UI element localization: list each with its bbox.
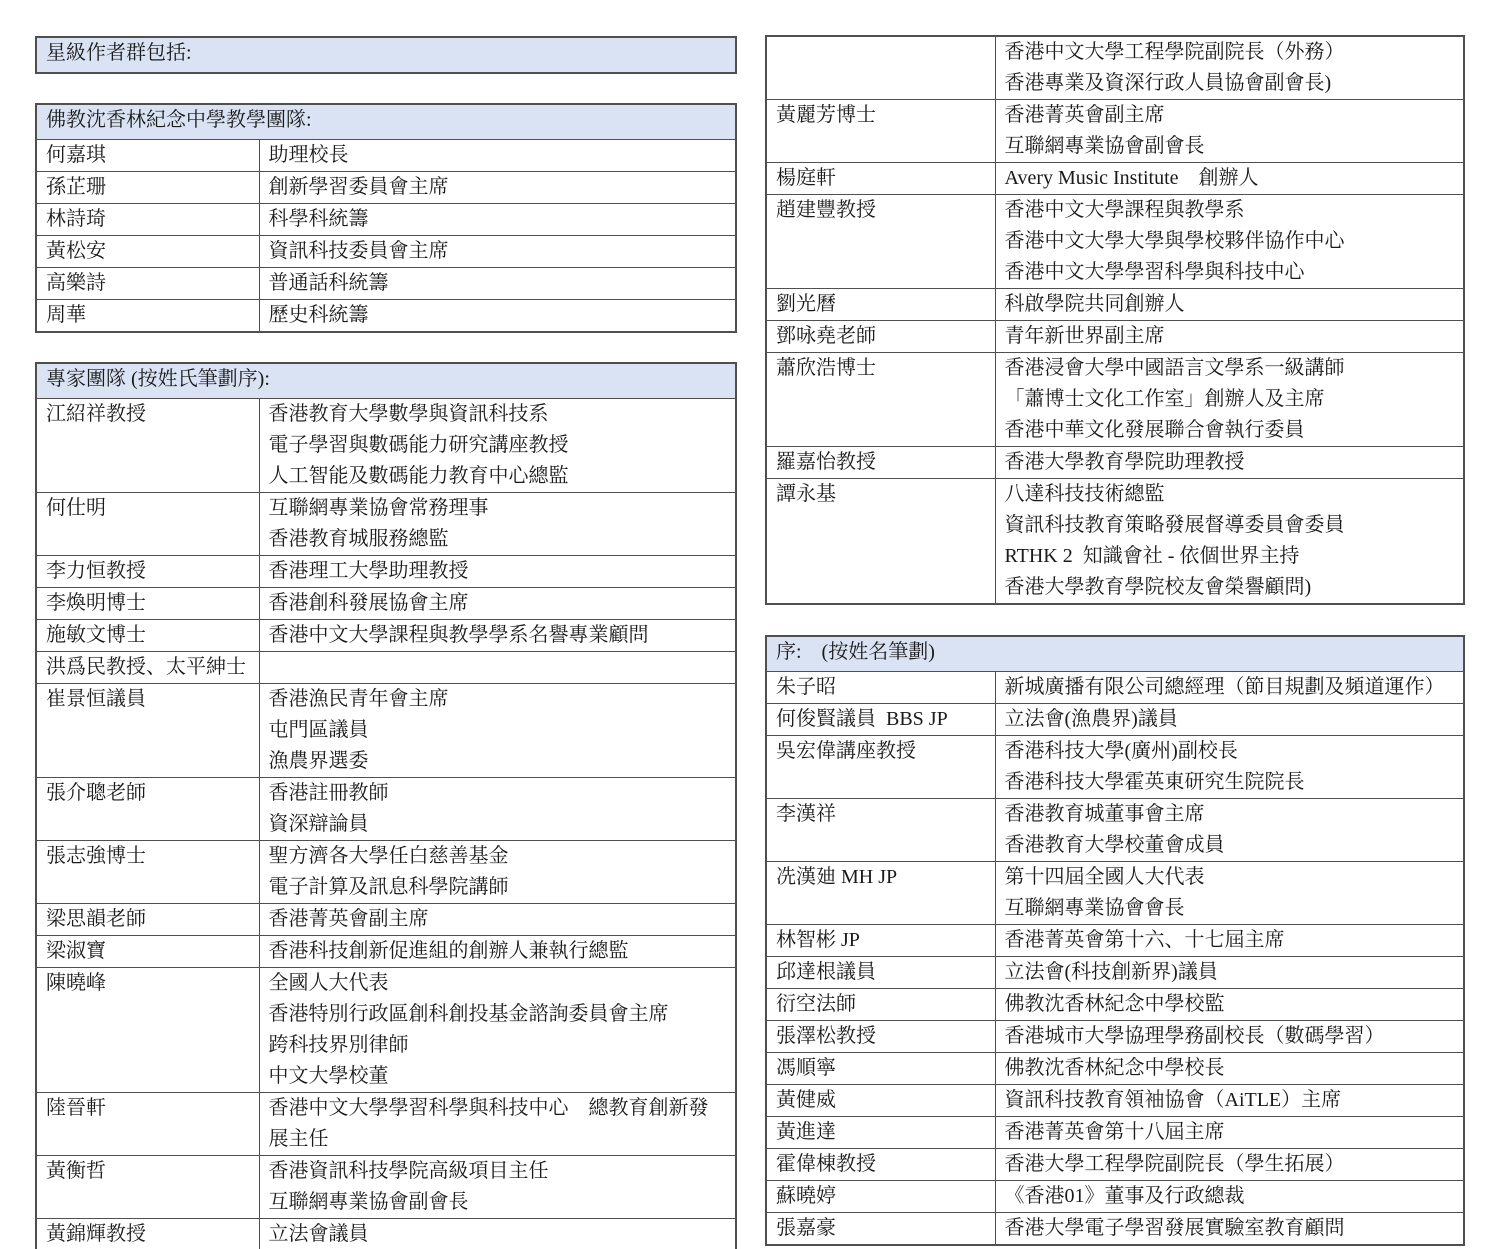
member-titles: 香港科技創新促進組的創辦人兼執行總監 [259, 936, 736, 968]
table-row: 羅嘉怡教授 香港大學教育學院助理教授 [766, 447, 1464, 479]
member-name: 黃松安 [36, 236, 259, 268]
member-titles: 歷史科統籌 [259, 300, 736, 333]
member-titles: 青年新世界副主席 [995, 321, 1464, 353]
member-name: 劉光曆 [766, 289, 995, 321]
member-titles: 八達科技技術總監 資訊科技教育策略發展督導委員會委員 RTHK 2 知識會社 -… [995, 479, 1464, 605]
member-name: 張志強博士 [36, 841, 259, 904]
table-row: 劉光曆 科啟學院共同創辦人 [766, 289, 1464, 321]
table-row: 何嘉琪 助理校長 [36, 140, 736, 172]
member-titles: 香港中文大學工程學院副院長（外務） 香港專業及資深行政人員協會副會長) [995, 36, 1464, 100]
member-name: 黃衡哲 [36, 1156, 259, 1219]
member-name: 楊庭軒 [766, 163, 995, 195]
member-name: 馮順寧 [766, 1053, 995, 1085]
expert-team-header: 專家團隊 (按姓氏筆劃序): [36, 363, 736, 399]
table-row: 何俊賢議員 BBS JP 立法會(漁農界)議員 [766, 704, 1464, 736]
table-row: 蕭欣浩博士 香港浸會大學中國語言文學系一級講師 「蕭博士文化工作室」創辦人及主席… [766, 353, 1464, 447]
member-name: 施敏文博士 [36, 620, 259, 652]
member-titles: 資訊科技教育領袖協會（AiTLE）主席 [995, 1085, 1464, 1117]
member-titles: 資訊科技委員會主席 [259, 236, 736, 268]
table-row: 高樂詩 普通話科統籌 [36, 268, 736, 300]
member-titles: 香港大學教育學院助理教授 [995, 447, 1464, 479]
member-name: 黃進達 [766, 1117, 995, 1149]
member-titles: 普通話科統籌 [259, 268, 736, 300]
table-row: 譚永基 八達科技技術總監 資訊科技教育策略發展督導委員會委員 RTHK 2 知識… [766, 479, 1464, 605]
member-name: 張介聰老師 [36, 778, 259, 841]
member-titles: 香港資訊科技學院高級項目主任 互聯網專業協會副會長 [259, 1156, 736, 1219]
member-titles: 香港菁英會副主席 互聯網專業協會副會長 [995, 100, 1464, 163]
school-team-table: 佛教沈香林紀念中學教學團隊: 何嘉琪 助理校長 孫芷珊 創新學習委員會主席 林詩… [35, 103, 737, 333]
table-row: 衍空法師 佛教沈香林紀念中學校監 [766, 989, 1464, 1021]
member-name: 邱達根議員 [766, 957, 995, 989]
member-name: 周華 [36, 300, 259, 333]
member-name: 蘇曉婷 [766, 1181, 995, 1213]
member-name [766, 36, 995, 100]
table-row: 黃衡哲 香港資訊科技學院高級項目主任 互聯網專業協會副會長 [36, 1156, 736, 1219]
member-titles: 全國人大代表 香港特別行政區創科創投基金諮詢委員會主席 跨科技界別律師 中文大學… [259, 968, 736, 1093]
table-row: 周華 歷史科統籌 [36, 300, 736, 333]
member-name: 梁思韻老師 [36, 904, 259, 936]
table-row: 崔景恒議員 香港漁民青年會主席 屯門區議員 漁農界選委 [36, 684, 736, 778]
member-titles: 立法會議員 [259, 1219, 736, 1249]
table-row: 邱達根議員 立法會(科技創新界)議員 [766, 957, 1464, 989]
member-titles: 香港菁英會第十八屆主席 [995, 1117, 1464, 1149]
table-row: 星級作者群包括: [36, 37, 736, 73]
member-titles: 佛教沈香林紀念中學校監 [995, 989, 1464, 1021]
member-titles: 香港浸會大學中國語言文學系一級講師 「蕭博士文化工作室」創辦人及主席 香港中華文… [995, 353, 1464, 447]
member-name: 林智彬 JP [766, 925, 995, 957]
table-header-row: 專家團隊 (按姓氏筆劃序): [36, 363, 736, 399]
expert-team-table-continued: 香港中文大學工程學院副院長（外務） 香港專業及資深行政人員協會副會長) 黃麗芳博… [765, 35, 1465, 605]
table-row: 鄧咏堯老師 青年新世界副主席 [766, 321, 1464, 353]
member-name: 李漢祥 [766, 799, 995, 862]
member-titles: 香港教育大學數學與資訊科技系 電子學習與數碼能力研究講座教授 人工智能及數碼能力… [259, 399, 736, 493]
table-row: 黃麗芳博士 香港菁英會副主席 互聯網專業協會副會長 [766, 100, 1464, 163]
table-row: 朱子昭 新城廣播有限公司總經理（節目規劃及頻道運作） [766, 672, 1464, 704]
table-row: 梁思韻老師 香港菁英會副主席 [36, 904, 736, 936]
table-header-row: 序: (按姓名筆劃) [766, 636, 1464, 672]
table-row: 黃健威 資訊科技教育領袖協會（AiTLE）主席 [766, 1085, 1464, 1117]
table-row: 洪爲民教授、太平紳士 [36, 652, 736, 684]
member-name: 陳曉峰 [36, 968, 259, 1093]
member-name: 譚永基 [766, 479, 995, 605]
name-order-header: 序: (按姓名筆劃) [766, 636, 1464, 672]
member-name: 鄧咏堯老師 [766, 321, 995, 353]
table-row: 黃錦輝教授 立法會議員 [36, 1219, 736, 1249]
member-titles: 香港漁民青年會主席 屯門區議員 漁農界選委 [259, 684, 736, 778]
member-titles: 立法會(漁農界)議員 [995, 704, 1464, 736]
table-row: 吳宏偉講座教授 香港科技大學(廣州)副校長 香港科技大學霍英東研究生院院長 [766, 736, 1464, 799]
member-name: 高樂詩 [36, 268, 259, 300]
table-row: 黃松安 資訊科技委員會主席 [36, 236, 736, 268]
table-row: 李漢祥 香港教育城董事會主席 香港教育大學校董會成員 [766, 799, 1464, 862]
table-row: 林智彬 JP 香港菁英會第十六、十七屆主席 [766, 925, 1464, 957]
member-titles: 《香港01》董事及行政總裁 [995, 1181, 1464, 1213]
member-titles: 香港城市大學協理學務副校長（數碼學習） [995, 1021, 1464, 1053]
member-name: 羅嘉怡教授 [766, 447, 995, 479]
member-name: 黃錦輝教授 [36, 1219, 259, 1249]
member-titles: 香港理工大學助理教授 [259, 556, 736, 588]
member-name: 黃麗芳博士 [766, 100, 995, 163]
member-titles: 科學科統籌 [259, 204, 736, 236]
member-titles: 香港中文大學課程與教學學系名譽專業顧問 [259, 620, 736, 652]
table-row: 黃進達 香港菁英會第十八屆主席 [766, 1117, 1464, 1149]
table-row: 孫芷珊 創新學習委員會主席 [36, 172, 736, 204]
school-team-header: 佛教沈香林紀念中學教學團隊: [36, 104, 736, 140]
table-header-row: 佛教沈香林紀念中學教學團隊: [36, 104, 736, 140]
table-row: 林詩琦 科學科統籌 [36, 204, 736, 236]
table-row: 張介聰老師 香港註冊教師 資深辯論員 [36, 778, 736, 841]
table-row: 冼漢廸 MH JP 第十四屆全國人大代表 互聯網專業協會會長 [766, 862, 1464, 925]
member-titles: 香港教育城董事會主席 香港教育大學校董會成員 [995, 799, 1464, 862]
member-name: 梁淑寶 [36, 936, 259, 968]
table-row: 霍偉棟教授 香港大學工程學院副院長（學生拓展） [766, 1149, 1464, 1181]
member-name: 林詩琦 [36, 204, 259, 236]
member-titles: 佛教沈香林紀念中學校長 [995, 1053, 1464, 1085]
member-name: 江紹祥教授 [36, 399, 259, 493]
member-name: 冼漢廸 MH JP [766, 862, 995, 925]
table-row: 張澤松教授 香港城市大學協理學務副校長（數碼學習） [766, 1021, 1464, 1053]
member-titles: 互聯網專業協會常務理事 香港教育城服務總監 [259, 493, 736, 556]
table-row: 李煥明博士 香港創科發展協會主席 [36, 588, 736, 620]
table-row: 李力恒教授 香港理工大學助理教授 [36, 556, 736, 588]
table-row: 梁淑寶 香港科技創新促進組的創辦人兼執行總監 [36, 936, 736, 968]
member-name: 崔景恒議員 [36, 684, 259, 778]
member-name: 黃健威 [766, 1085, 995, 1117]
table-row: 香港中文大學工程學院副院長（外務） 香港專業及資深行政人員協會副會長) [766, 36, 1464, 100]
member-titles: 創新學習委員會主席 [259, 172, 736, 204]
member-name: 張澤松教授 [766, 1021, 995, 1053]
member-titles: 立法會(科技創新界)議員 [995, 957, 1464, 989]
member-name: 霍偉棟教授 [766, 1149, 995, 1181]
right-column: 香港中文大學工程學院副院長（外務） 香港專業及資深行政人員協會副會長) 黃麗芳博… [765, 35, 1465, 1246]
member-titles: Avery Music Institute 創辦人 [995, 163, 1464, 195]
member-name: 孫芷珊 [36, 172, 259, 204]
left-column: 星級作者群包括: 佛教沈香林紀念中學教學團隊: 何嘉琪 助理校長 孫芷珊 創新學… [35, 36, 737, 1249]
table-row: 張嘉豪 香港大學電子學習發展實驗室教育顧問 [766, 1213, 1464, 1246]
table-row: 張志強博士 聖方濟各大學任白慈善基金 電子計算及訊息科學院講師 [36, 841, 736, 904]
member-titles: 第十四屆全國人大代表 互聯網專業協會會長 [995, 862, 1464, 925]
member-titles: 助理校長 [259, 140, 736, 172]
member-name: 李力恒教授 [36, 556, 259, 588]
expert-team-table: 專家團隊 (按姓氏筆劃序): 江紹祥教授 香港教育大學數學與資訊科技系 電子學習… [35, 362, 737, 1249]
star-authors-banner-table: 星級作者群包括: [35, 36, 737, 74]
table-row: 陳曉峰 全國人大代表 香港特別行政區創科創投基金諮詢委員會主席 跨科技界別律師 … [36, 968, 736, 1093]
member-name: 何嘉琪 [36, 140, 259, 172]
member-titles: 香港中文大學課程與教學系 香港中文大學大學與學校夥伴協作中心 香港中文大學學習科… [995, 195, 1464, 289]
member-name: 何仕明 [36, 493, 259, 556]
member-titles: 香港大學電子學習發展實驗室教育顧問 [995, 1213, 1464, 1246]
member-titles: 香港大學工程學院副院長（學生拓展） [995, 1149, 1464, 1181]
table-row: 蘇曉婷 《香港01》董事及行政總裁 [766, 1181, 1464, 1213]
member-name: 趙建豐教授 [766, 195, 995, 289]
member-name: 李煥明博士 [36, 588, 259, 620]
member-titles: 香港菁英會副主席 [259, 904, 736, 936]
member-titles: 香港中文大學學習科學與科技中心 總教育創新發 展主任 [259, 1093, 736, 1156]
star-authors-banner: 星級作者群包括: [36, 37, 736, 73]
member-titles: 香港創科發展協會主席 [259, 588, 736, 620]
member-titles: 聖方濟各大學任白慈善基金 電子計算及訊息科學院講師 [259, 841, 736, 904]
name-order-table: 序: (按姓名筆劃) 朱子昭 新城廣播有限公司總經理（節目規劃及頻道運作） 何俊… [765, 635, 1465, 1246]
member-titles: 科啟學院共同創辦人 [995, 289, 1464, 321]
table-row: 楊庭軒 Avery Music Institute 創辦人 [766, 163, 1464, 195]
member-titles: 香港註冊教師 資深辯論員 [259, 778, 736, 841]
table-row: 趙建豐教授 香港中文大學課程與教學系 香港中文大學大學與學校夥伴協作中心 香港中… [766, 195, 1464, 289]
member-name: 蕭欣浩博士 [766, 353, 995, 447]
member-titles: 新城廣播有限公司總經理（節目規劃及頻道運作） [995, 672, 1464, 704]
member-name: 衍空法師 [766, 989, 995, 1021]
table-row: 陸晉軒 香港中文大學學習科學與科技中心 總教育創新發 展主任 [36, 1093, 736, 1156]
table-row: 江紹祥教授 香港教育大學數學與資訊科技系 電子學習與數碼能力研究講座教授 人工智… [36, 399, 736, 493]
member-name: 朱子昭 [766, 672, 995, 704]
member-titles [259, 652, 736, 684]
member-titles: 香港科技大學(廣州)副校長 香港科技大學霍英東研究生院院長 [995, 736, 1464, 799]
member-name: 洪爲民教授、太平紳士 [36, 652, 259, 684]
member-name: 陸晉軒 [36, 1093, 259, 1156]
table-row: 何仕明 互聯網專業協會常務理事 香港教育城服務總監 [36, 493, 736, 556]
member-titles: 香港菁英會第十六、十七屆主席 [995, 925, 1464, 957]
member-name: 吳宏偉講座教授 [766, 736, 995, 799]
member-name: 張嘉豪 [766, 1213, 995, 1246]
table-row: 施敏文博士 香港中文大學課程與教學學系名譽專業顧問 [36, 620, 736, 652]
member-name: 何俊賢議員 BBS JP [766, 704, 995, 736]
table-row: 馮順寧 佛教沈香林紀念中學校長 [766, 1053, 1464, 1085]
